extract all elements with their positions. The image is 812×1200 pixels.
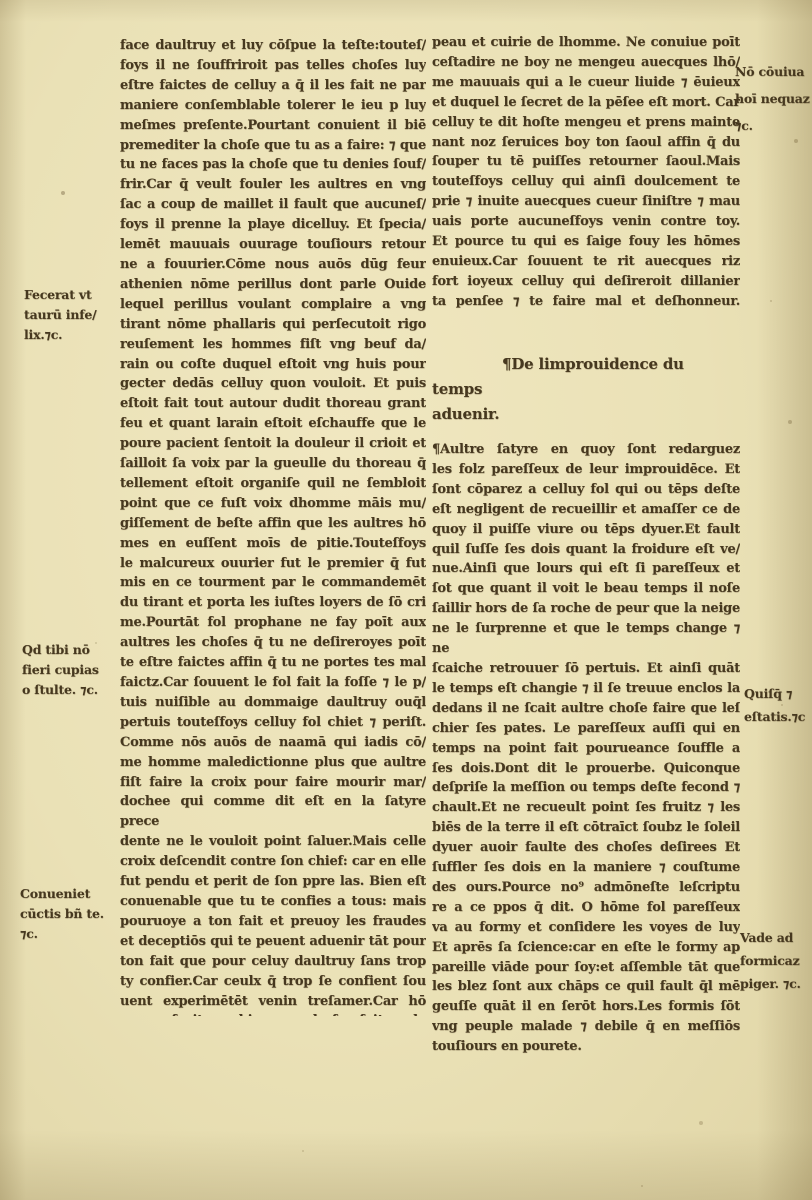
paper-specks	[0, 0, 2, 2]
book-page: face daultruy et luy cōſpue la teſte:tou…	[0, 0, 812, 1200]
right-column-text-top: peau et cuirie de lhomme. Ne conuiue poī…	[432, 33, 740, 317]
margin-note-left-2: Qd tibi nō fieri cupias o ſtulte. ⁊c.	[22, 640, 122, 700]
margin-note-left-1: Fecerat vt taurū infe/ lix.⁊c.	[24, 285, 120, 345]
right-column-last-line: touſiours en pourete.	[432, 1037, 740, 1057]
margin-note-right-1: Nō cōuiua hoī nequaz ⁊c.	[735, 58, 812, 139]
margin-note-right-3: Vade ad formicaz piger. ⁊c.	[740, 926, 812, 995]
margin-note-left-3: Conueniet cūctis bñ te. ⁊c.	[20, 884, 122, 944]
margin-note-right-2: Quiſq̄ ⁊ eſtatis.⁊c	[744, 682, 812, 728]
right-column-text-bottom: ¶Aultre ſatyre en quoy ſont redarguez le…	[432, 440, 740, 1040]
section-heading: ¶De limprouidence du temps aduenir.	[432, 352, 732, 427]
left-column-text: face daultruy et luy cōſpue la teſte:tou…	[120, 36, 426, 1016]
